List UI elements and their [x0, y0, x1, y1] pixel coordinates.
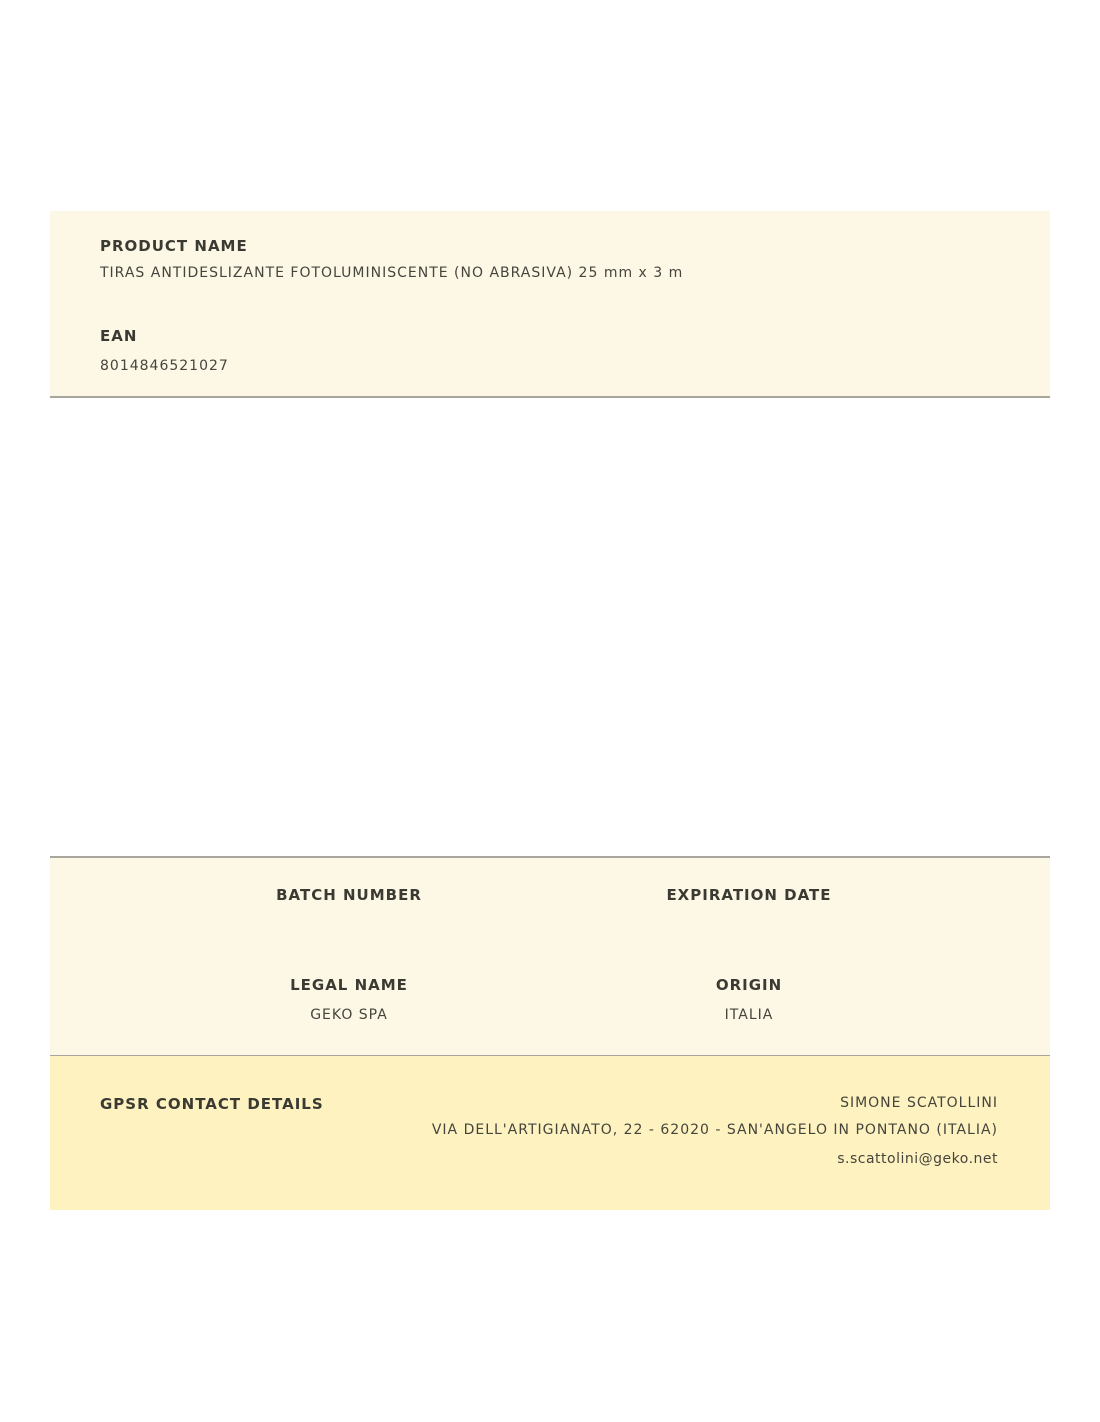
- origin-label: ORIGIN: [599, 976, 899, 994]
- gpsr-label: GPSR CONTACT DETAILS: [100, 1095, 324, 1113]
- details-section: BATCH NUMBER EXPIRATION DATE LEGAL NAME …: [50, 856, 1050, 1057]
- gpsr-contact-name: SIMONE SCATOLLINI: [840, 1095, 998, 1111]
- gpsr-section: GPSR CONTACT DETAILS SIMONE SCATOLLINI V…: [50, 1056, 1050, 1210]
- product-section: PRODUCT NAME TIRAS ANTIDESLIZANTE FOTOLU…: [50, 211, 1050, 398]
- gpsr-address: VIA DELL'ARTIGIANATO, 22 - 62020 - SAN'A…: [432, 1122, 998, 1138]
- gpsr-email-link[interactable]: s.scattolini@geko.net: [837, 1151, 998, 1167]
- product-name-value: TIRAS ANTIDESLIZANTE FOTOLUMINISCENTE (N…: [100, 265, 683, 281]
- product-name-label: PRODUCT NAME: [100, 237, 248, 255]
- origin-value: ITALIA: [599, 1007, 899, 1023]
- legal-name-label: LEGAL NAME: [199, 976, 499, 994]
- expiration-date-label: EXPIRATION DATE: [599, 886, 899, 904]
- batch-number-label: BATCH NUMBER: [199, 886, 499, 904]
- ean-label: EAN: [100, 327, 137, 345]
- legal-name-value: GEKO SPA: [199, 1007, 499, 1023]
- ean-value: 8014846521027: [100, 358, 229, 374]
